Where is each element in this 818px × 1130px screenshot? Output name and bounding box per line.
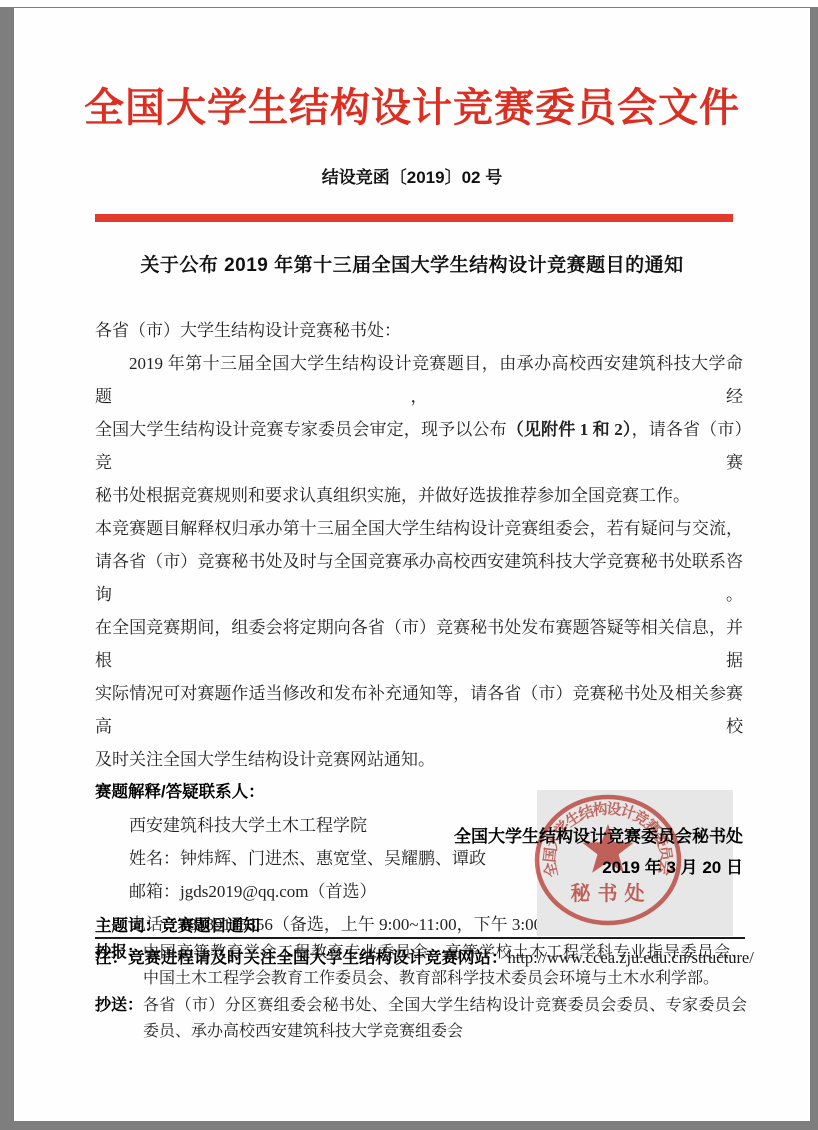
cc-send-label: 抄送： — [95, 993, 143, 1019]
salutation: 各省（市）大学生结构设计竞赛秘书处： — [95, 314, 743, 347]
text-line: 请各省（市）竞赛秘书处及时与全国竞赛承办高校西安建筑科技大学竞赛秘书处联系咨询。 — [95, 545, 743, 611]
official-seal: 全国大学生结构设计竞赛委员会 秘书处 — [513, 775, 703, 945]
seal-caption: 秘书处 — [571, 881, 652, 905]
text-line: 各省（市）分区赛组委会秘书处、全国大学生结构设计竞赛委员会委员、专家委员会 — [143, 993, 747, 1019]
cc-send-row: 抄送： 各省（市）分区赛组委会秘书处、全国大学生结构设计竞赛委员会委员、专家委员… — [95, 993, 747, 1046]
text-segment: 全国大学生结构设计竞赛专家委员会审定，现予以公布 — [95, 420, 507, 439]
cc-send-lines: 各省（市）分区赛组委会秘书处、全国大学生结构设计竞赛委员会委员、专家委员会委员、… — [143, 993, 747, 1046]
text-line: 秘书处根据竞赛规则和要求认真组织实施，并做好选拔推荐参加全国竞赛工作。 — [95, 479, 743, 512]
red-divider — [95, 214, 733, 222]
text-line: 委员、承办高校西安建筑科技大学竞赛组委会 — [143, 1019, 747, 1045]
text-line: 中国高等教育学会工程教育专业委员会、高等学校土木工程学科专业指导委员会、 — [143, 940, 747, 966]
text-line: 及时关注全国大学生结构设计竞赛网站通知。 — [95, 743, 743, 776]
text-line: 全国大学生结构设计竞赛专家委员会审定，现予以公布（见附件 1 和 2），请各省（… — [95, 413, 743, 479]
doc-number: 结设竞函〔2019〕02 号 — [14, 163, 810, 188]
text-line: 2019 年第十三届全国大学生结构设计竞赛题目，由承办高校西安建筑科技大学命题，… — [95, 347, 743, 413]
document-page: 全国大学生结构设计竞赛委员会文件 结设竞函〔2019〕02 号 关于公布 201… — [14, 8, 810, 1121]
subject-line: 主题词：竞赛题目通知 — [95, 912, 260, 936]
seal-star-icon — [582, 824, 633, 873]
cc-report-label: 抄报： — [95, 940, 143, 966]
subject-label: 主题词： — [95, 917, 161, 935]
text-line: 中国土木工程学会教育工作委员会、教育部科学技术委员会环境与土木水利学部。 — [143, 966, 747, 992]
attachment-reference: （见附件 1 和 2） — [507, 420, 632, 439]
subject-value: 竞赛题目通知 — [161, 917, 260, 935]
cc-report-lines: 中国高等教育学会工程教育专业委员会、高等学校土木工程学科专业指导委员会、中国土木… — [143, 940, 747, 993]
document-viewer: { "colors":{ "title_red":"#dc2f22", "rul… — [0, 0, 818, 1130]
paragraph-1: 2019 年第十三届全国大学生结构设计竞赛题目，由承办高校西安建筑科技大学命题，… — [95, 347, 743, 512]
text-line: 实际情况可对赛题作适当修改和发布补充通知等，请各省（市）竞赛秘书处及相关参赛高校 — [95, 677, 743, 743]
cc-report-row: 抄报： 中国高等教育学会工程教育专业委员会、高等学校土木工程学科专业指导委员会、… — [95, 940, 747, 993]
notice-title: 关于公布 2019 年第十三届全国大学生结构设计竞赛题目的通知 — [14, 250, 810, 277]
divider-line — [95, 937, 745, 939]
text-line: 本竞赛题目解释权归承办第十三届全国大学生结构设计竞赛组委会，若有疑问与交流， — [95, 512, 743, 545]
doc-title: 全国大学生结构设计竞赛委员会文件 — [14, 76, 810, 133]
text-line: 在全国竞赛期间，组委会将定期向各省（市）竞赛秘书处发布赛题答疑等相关信息，并根据 — [95, 611, 743, 677]
paragraph-2: 本竞赛题目解释权归承办第十三届全国大学生结构设计竞赛组委会，若有疑问与交流，请各… — [95, 512, 743, 776]
cc-section: 抄报： 中国高等教育学会工程教育专业委员会、高等学校土木工程学科专业指导委员会、… — [95, 940, 747, 1045]
